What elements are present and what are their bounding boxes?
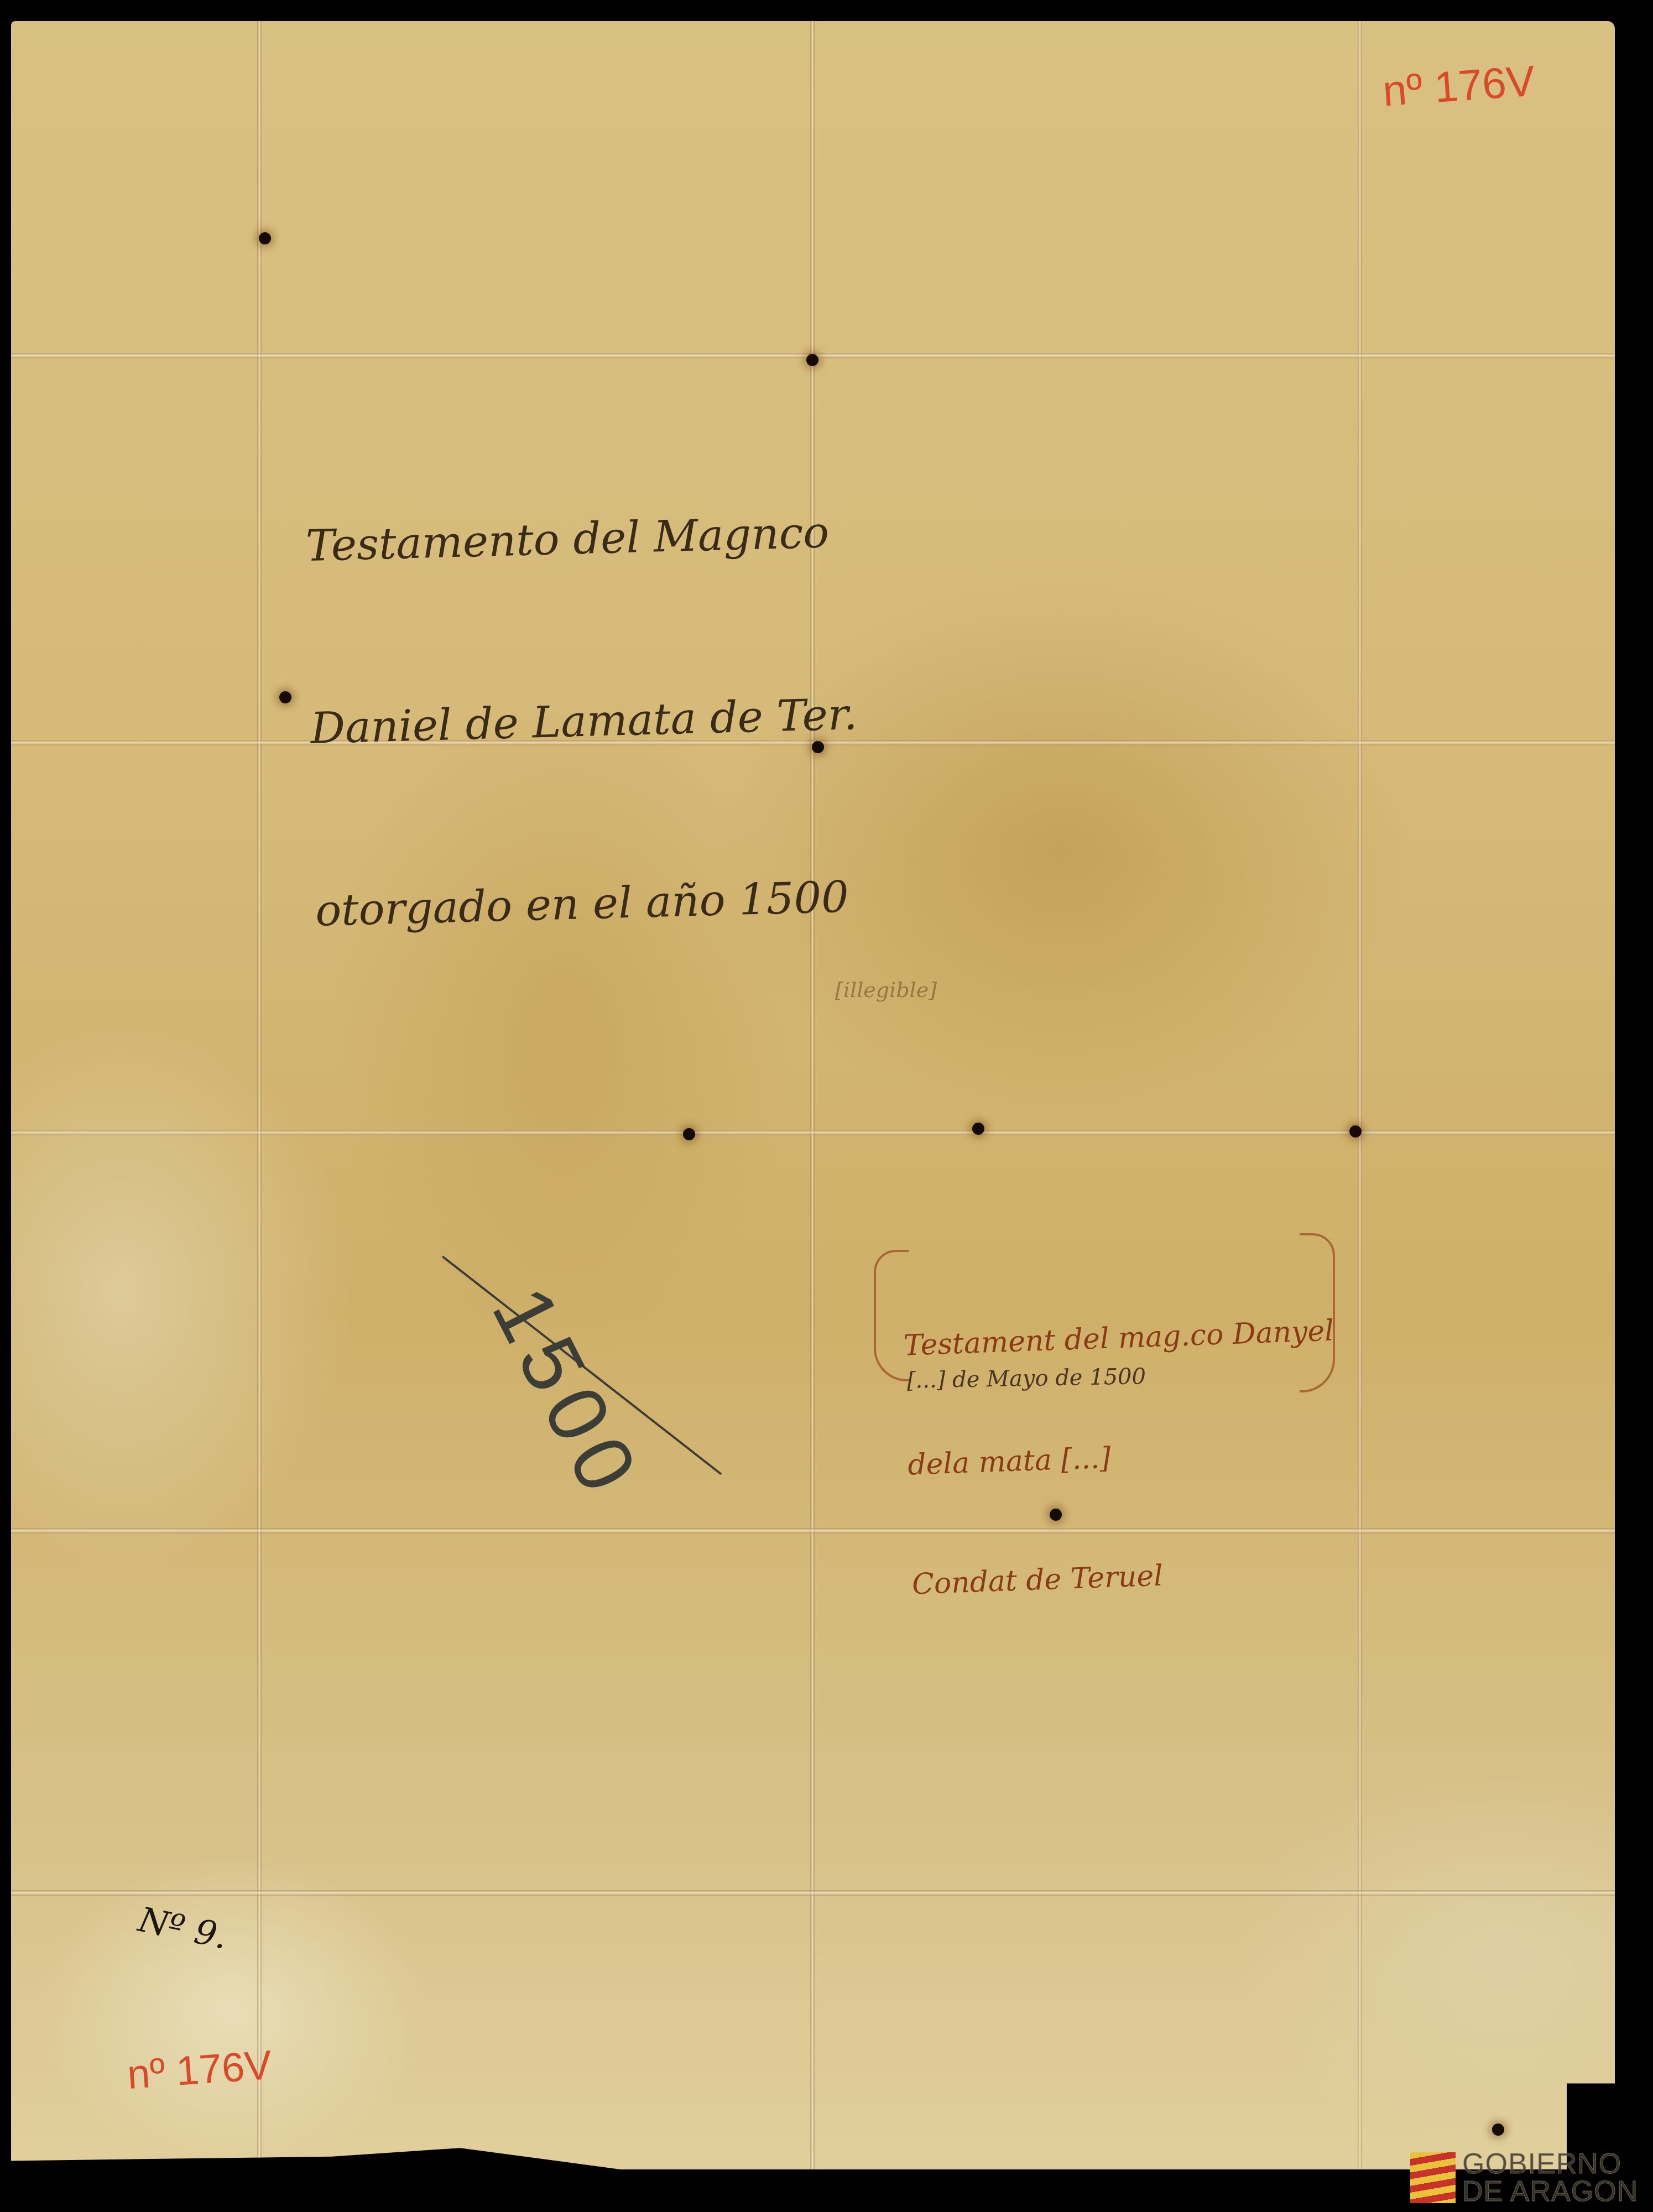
- binding-hole: [259, 232, 271, 244]
- fold-line-horizontal: [11, 1130, 1615, 1135]
- archive-title-line: otorgado en el año 1500: [315, 867, 863, 942]
- archive-title-line: Daniel de Lamata de Ter.: [310, 684, 858, 759]
- binding-hole: [1492, 2124, 1504, 2136]
- fold-line-vertical: [810, 21, 815, 2169]
- watermark-line: DE ARAGON: [1462, 2178, 1638, 2205]
- watermark-line: GOBIERNO: [1462, 2150, 1638, 2178]
- watermark-text: GOBIERNO DE ARAGON: [1462, 2150, 1638, 2205]
- binding-hole: [972, 1123, 984, 1135]
- faint-note: [illegible]: [835, 973, 937, 1006]
- archive-title: Testamento del Magnco Daniel de Lamata d…: [302, 380, 864, 1003]
- parchment-sheet: [11, 21, 1615, 2169]
- archive-title-line: Testamento del Magnco: [305, 502, 853, 577]
- medieval-endorsement: Testament del mag.co Danyel dela mata [.…: [900, 1232, 1344, 1645]
- endorsement-date: [...] de Mayo de 1500: [907, 1364, 1146, 1394]
- aragon-flag-icon: [1410, 2152, 1456, 2203]
- endorsement-line: Condat de Teruel: [911, 1550, 1343, 1604]
- binding-hole: [683, 1128, 695, 1140]
- fold-line-horizontal: [11, 1528, 1615, 1533]
- fold-line-horizontal: [11, 1890, 1615, 1896]
- gobierno-de-aragon-watermark: GOBIERNO DE ARAGON: [1410, 2150, 1638, 2205]
- shelfmark-bottom: nº 176V: [126, 2041, 273, 2098]
- binding-hole: [1349, 1125, 1362, 1138]
- binding-hole: [806, 354, 818, 366]
- endorsement-line: Testament del mag.co Danyel: [903, 1311, 1334, 1366]
- binding-hole: [279, 691, 291, 703]
- endorsement-line: dela mata [...]: [907, 1430, 1338, 1485]
- fold-line-vertical: [1358, 21, 1362, 2169]
- shelfmark-top: nº 176V: [1381, 55, 1536, 116]
- fold-line-vertical: [257, 21, 262, 2169]
